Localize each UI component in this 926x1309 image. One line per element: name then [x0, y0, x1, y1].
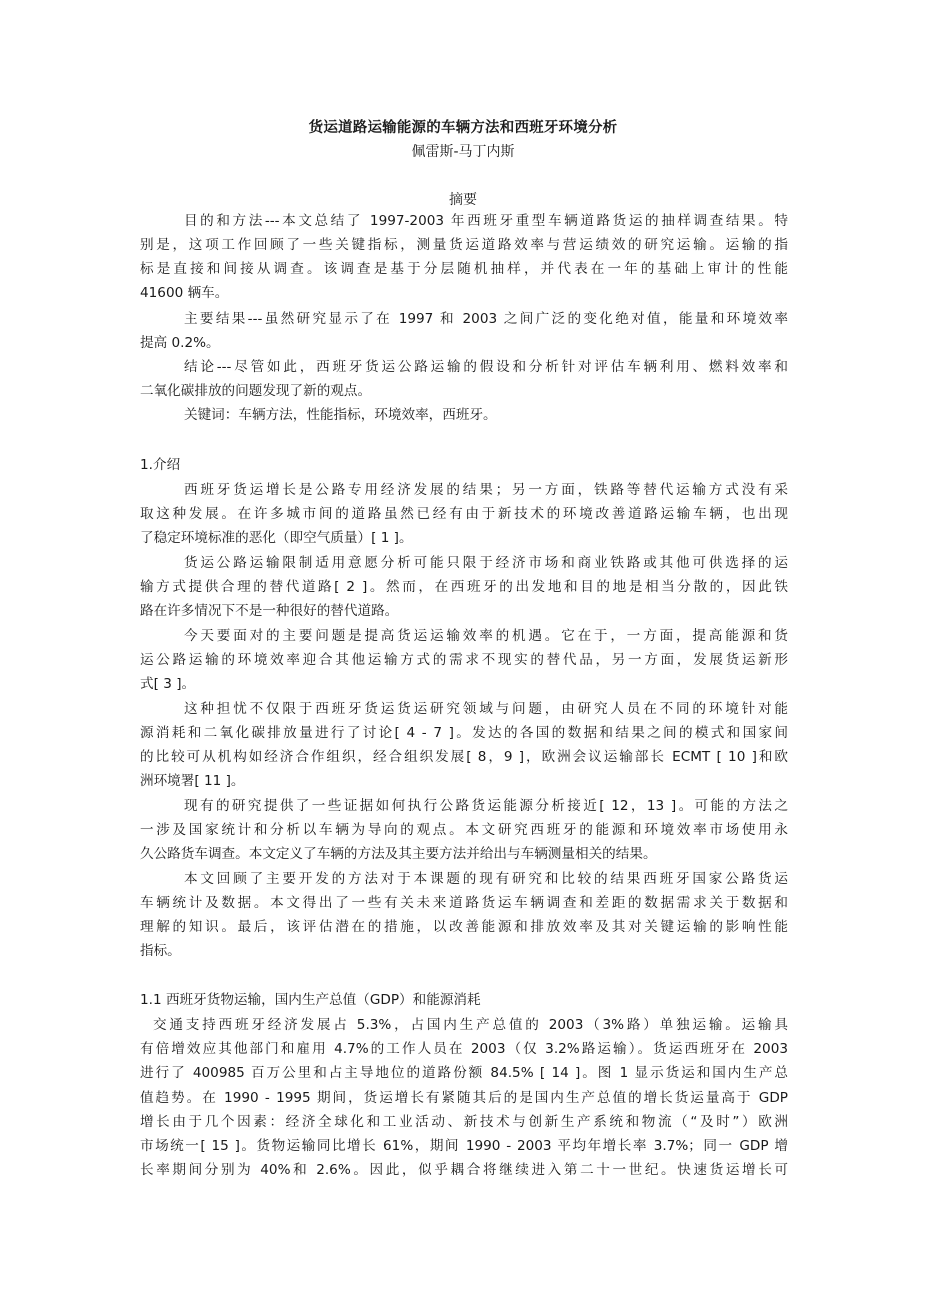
abstract-line: 标是直接和间接从调查。该调查是基于分层随机抽样，并代表在一年的基础上审计的性能 — [140, 259, 788, 279]
abstract-line: 41600 辆车。 — [140, 283, 788, 303]
paragraph-line: 有倍增效应其他部门和雇用 4.7%的工作人员在 2003（仅 3.2%路运输）。… — [140, 1039, 788, 1059]
paragraph-line: 式[ 3 ]。 — [140, 674, 788, 694]
paragraph-line: 值趋势。在 1990 - 1995 期间，货运增长有紧随其后的是国内生产总值的增… — [140, 1088, 788, 1108]
paragraph-line: 进行了 400985 百万公里和占主导地位的道路份额 84.5% [ 14 ]。… — [140, 1063, 788, 1083]
paragraph-line: 货运公路运输限制适用意愿分析可能只限于经济市场和商业铁路或其他可供选择的运 — [184, 553, 788, 573]
abstract-line: 别是，这项工作回顾了一些关键指标，测量货运道路效率与营运绩效的研究运输。运输的指 — [140, 235, 788, 255]
paragraph-line: 一涉及国家统计和分析以车辆为导向的观点。本文研究西班牙的能源和环境效率市场使用永 — [140, 820, 788, 840]
section-heading-1-1: 1.1 西班牙货物运输，国内生产总值（GDP）和能源消耗 — [140, 990, 481, 1010]
paragraph-line: 的比较可从机构如经济合作组织，经合组织发展[ 8，9 ]，欧洲会议运输部长 EC… — [140, 747, 788, 767]
document-title: 货运道路运输能源的车辆方法和西班牙环境分析 — [0, 116, 926, 137]
paragraph-line: 洲环境署[ 11 ]。 — [140, 771, 788, 791]
paragraph-line: 现有的研究提供了一些证据如何执行公路货运能源分析接近[ 12，13 ]。可能的方… — [184, 796, 788, 816]
paragraph-line: 了稳定环境标准的恶化（即空气质量）[ 1 ]。 — [140, 528, 788, 548]
paragraph-line: 源消耗和二氧化碳排放量进行了讨论[ 4 - 7 ]。发达的各国的数据和结果之间的… — [140, 723, 788, 743]
abstract-conclusion-line: 结论---尽管如此，西班牙货运公路运输的假设和分析针对评估车辆利用、燃料效率和 — [184, 357, 788, 377]
keywords-line: 关键词：车辆方法，性能指标，环境效率，西班牙。 — [184, 405, 788, 425]
paragraph-line: 增长由于几个因素：经济全球化和工业活动、新技术与创新生产系统和物流（“及时”）欧… — [140, 1112, 788, 1132]
paragraph-line: 交通支持西班牙经济发展占 5.3%，占国内生产总值的 2003（3%路）单独运输… — [153, 1015, 788, 1035]
paragraph-line: 车辆统计及数据。本文得出了一些有关未来道路货运车辆调查和差距的数据需求关于数据和 — [140, 893, 788, 913]
document-page: 货运道路运输能源的车辆方法和西班牙环境分析 佩雷斯-马丁内斯 摘要 目的和方法-… — [0, 0, 926, 1309]
paragraph-line: 久公路货车调查。本文定义了车辆的方法及其主要方法并给出与车辆测量相关的结果。 — [140, 844, 788, 864]
document-author: 佩雷斯-马丁内斯 — [0, 141, 926, 161]
paragraph-line: 西班牙货运增长是公路专用经济发展的结果；另一方面，铁路等替代运输方式没有采 — [184, 480, 788, 500]
paragraph-line: 运公路运输的环境效率迎合其他运输方式的需求不现实的替代品，另一方面，发展货运新形 — [140, 650, 788, 670]
paragraph-line: 市场统一[ 15 ]。货物运输同比增长 61%，期间 1990 - 2003 平… — [140, 1136, 788, 1156]
paragraph-line: 理解的知识。最后，该评估潜在的措施，以改善能源和排放效率及其对关键运输的影响性能 — [140, 917, 788, 937]
paragraph-line: 取这种发展。在许多城市间的道路虽然已经有由于新技术的环境改善道路运输车辆，也出现 — [140, 504, 788, 524]
paragraph-line: 输方式提供合理的替代道路[ 2 ]。然而，在西班牙的出发地和目的地是相当分散的，… — [140, 577, 788, 597]
section-heading-introduction: 1.介绍 — [140, 455, 180, 475]
paragraph-line: 这种担忧不仅限于西班牙货运货运研究领域与问题，由研究人员在不同的环境针对能 — [184, 699, 788, 719]
abstract-heading: 摘要 — [0, 189, 926, 209]
paragraph-line: 路在许多情况下不是一种很好的替代道路。 — [140, 601, 788, 621]
abstract-line: 目的和方法---本文总结了 1997-2003 年西班牙重型车辆道路货运的抽样调… — [184, 211, 788, 231]
paragraph-line: 今天要面对的主要问题是提高货运运输效率的机遇。它在于，一方面，提高能源和货 — [184, 626, 788, 646]
abstract-results-line: 主要结果---虽然研究显示了在 1997 和 2003 之间广泛的变化绝对值，能… — [184, 309, 788, 329]
abstract-results-line: 提高 0.2%。 — [140, 333, 788, 353]
paragraph-line: 长率期间分别为 40%和 2.6%。因此，似乎耦合将继续进入第二十一世纪。快速货… — [140, 1160, 788, 1180]
abstract-conclusion-line: 二氧化碳排放的问题发现了新的观点。 — [140, 381, 788, 401]
paragraph-line: 本文回顾了主要开发的方法对于本课题的现有研究和比较的结果西班牙国家公路货运 — [184, 869, 788, 889]
paragraph-line: 指标。 — [140, 941, 788, 961]
